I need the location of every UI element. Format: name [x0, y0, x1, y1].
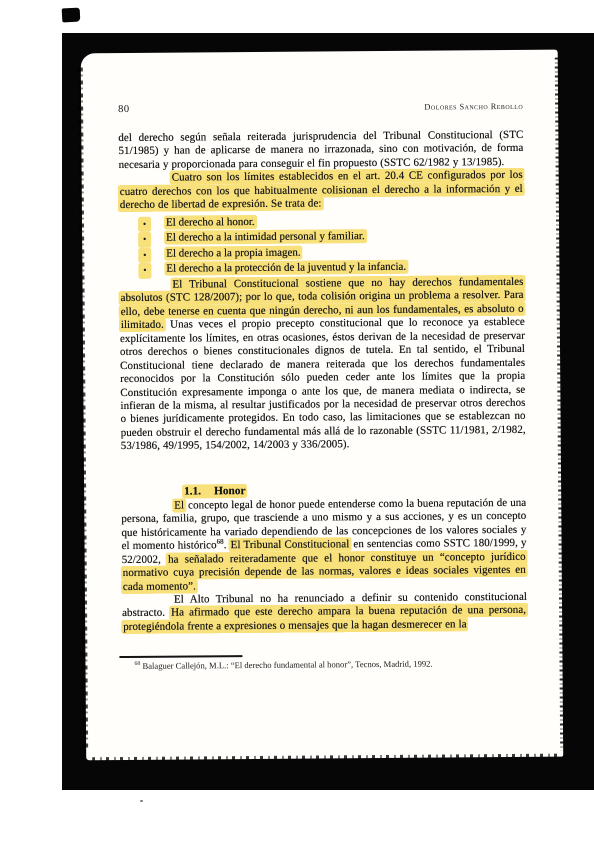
section-title: Honor	[214, 485, 245, 497]
scan-corner-artifact	[62, 8, 81, 23]
scan-speck	[140, 800, 143, 802]
footnote-rule	[119, 655, 242, 658]
bullet-list: • El derecho al honor. • El derecho a la…	[119, 214, 524, 279]
bullet-icon: •	[138, 263, 151, 279]
footnote-marker: 68	[134, 661, 140, 667]
scanned-page-photo: 80 Dolores Sancho Rebollo del derecho se…	[0, 0, 594, 848]
paragraph-four-limits: Cuatro son los límites establecidos en e…	[119, 169, 524, 213]
footnote-68: 68 Balaguer Callejón, M.L.: “El derecho …	[122, 658, 527, 672]
paragraph-application-of-limits: del derecho según señala reiterada juris…	[118, 129, 523, 173]
page-number: 80	[118, 103, 130, 116]
bullet-icon: •	[138, 248, 151, 264]
section-number: 1.1.	[184, 485, 201, 497]
running-header: Dolores Sancho Rebollo	[424, 100, 523, 114]
book-page: 80 Dolores Sancho Rebollo del derecho se…	[81, 50, 564, 761]
page-header: 80 Dolores Sancho Rebollo	[118, 100, 523, 116]
paragraph-alto-tribunal: El Alto Tribunal no ha renunciado a defi…	[122, 591, 527, 635]
bullet-icon: •	[138, 216, 151, 232]
paragraph-no-absolute-rights: El Tribunal Constitucional sostiene que …	[119, 276, 525, 454]
footnote-text: Balaguer Callejón, M.L.: “El derecho fun…	[142, 659, 432, 671]
paragraph-honor-concept: El concepto legal de honor puede entende…	[121, 497, 527, 594]
bullet-icon: •	[138, 232, 151, 248]
